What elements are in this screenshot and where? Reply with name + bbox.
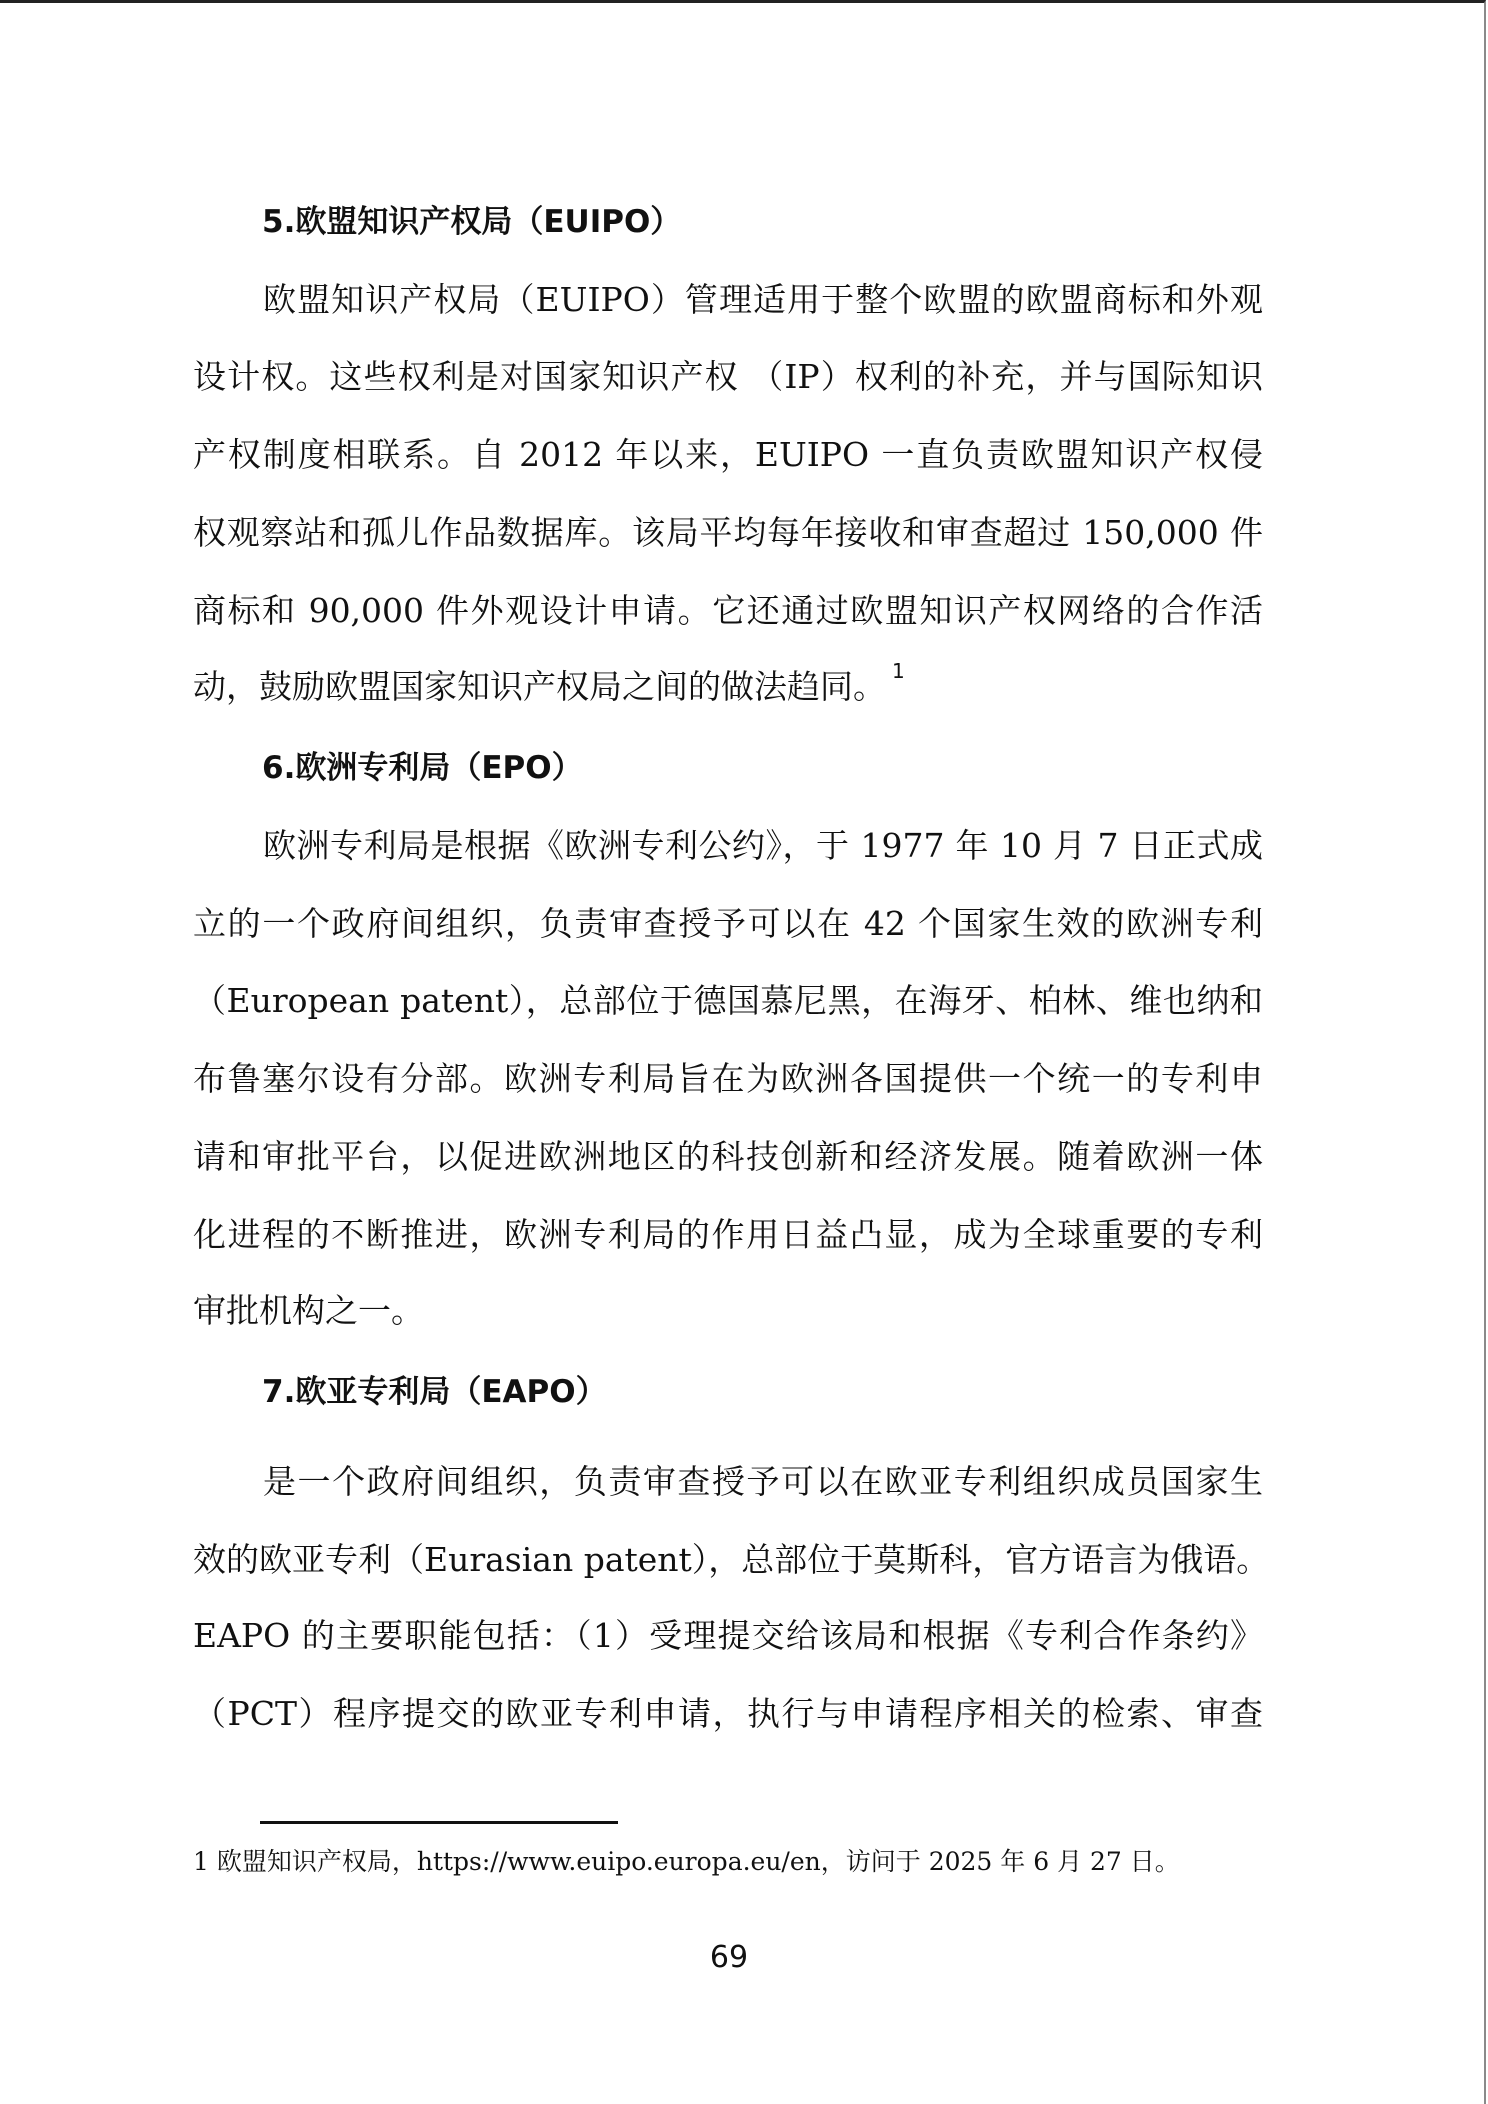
- section-heading-eapo: 7.欧亚专利局（EAPO）: [262, 1370, 607, 1414]
- paragraph-line: 欧洲专利局是根据《欧洲专利公约》，于 1977 年 10 月 7 日正式成: [263, 824, 1263, 868]
- footnote-number: 1: [193, 1847, 209, 1876]
- paragraph-line: 是一个政府间组织，负责审查授予可以在欧亚专利组织成员国家生: [263, 1460, 1263, 1504]
- paragraph-line: 设计权。这些权利是对国家知识产权 （IP）权利的补充，并与国际知识: [193, 355, 1263, 399]
- paragraph-line: 立的一个政府间组织，负责审查授予可以在 42 个国家生效的欧洲专利: [193, 902, 1263, 946]
- paragraph-line: 请和审批平台，以促进欧洲地区的科技创新和经济发展。随着欧洲一体: [193, 1135, 1263, 1179]
- footnote: 1 欧盟知识产权局，https://www.euipo.europa.eu/en…: [193, 1845, 1180, 1879]
- paragraph-line: 产权制度相联系。自 2012 年以来，EUIPO 一直负责欧盟知识产权侵: [193, 433, 1263, 477]
- document-page: 5.欧盟知识产权局（EUIPO） 欧盟知识产权局（EUIPO）管理适用于整个欧盟…: [0, 0, 1486, 2104]
- paragraph-line: EAPO 的主要职能包括：（1）受理提交给该局和根据《专利合作条约》: [193, 1614, 1263, 1658]
- paragraph-line: （European patent），总部位于德国慕尼黑，在海牙、柏林、维也纳和: [193, 979, 1263, 1023]
- paragraph-text: 动，鼓励欧盟国家知识产权局之间的做法趋同。: [193, 667, 886, 706]
- page-number: 69: [0, 1938, 1488, 1978]
- paragraph-line: 布鲁塞尔设有分部。欧洲专利局旨在为欧洲各国提供一个统一的专利申: [193, 1057, 1263, 1101]
- section-heading-euipo: 5.欧盟知识产权局（EUIPO）: [262, 200, 681, 244]
- paragraph-line: 欧盟知识产权局（EUIPO）管理适用于整个欧盟的欧盟商标和外观: [263, 278, 1263, 322]
- footnote-reference[interactable]: 1: [892, 659, 905, 683]
- paragraph-line: （PCT）程序提交的欧亚专利申请，执行与申请程序相关的检索、审查: [193, 1692, 1263, 1736]
- footnote-text: 欧盟知识产权局，https://www.euipo.europa.eu/en，访…: [217, 1847, 1180, 1876]
- paragraph-line: 效的欧亚专利（Eurasian patent），总部位于莫斯科，官方语言为俄语。: [193, 1538, 1263, 1582]
- paragraph-line-last: 动，鼓励欧盟国家知识产权局之间的做法趋同。1: [193, 665, 1263, 709]
- paragraph-line: 权观察站和孤儿作品数据库。该局平均每年接收和审查超过 150,000 件: [193, 511, 1263, 555]
- section-heading-epo: 6.欧洲专利局（EPO）: [262, 746, 583, 790]
- paragraph-line-last: 审批机构之一。: [193, 1289, 1263, 1333]
- paragraph-line: 化进程的不断推进，欧洲专利局的作用日益凸显，成为全球重要的专利: [193, 1213, 1263, 1257]
- footnote-separator: [260, 1821, 618, 1824]
- paragraph-line: 商标和 90,000 件外观设计申请。它还通过欧盟知识产权网络的合作活: [193, 589, 1263, 633]
